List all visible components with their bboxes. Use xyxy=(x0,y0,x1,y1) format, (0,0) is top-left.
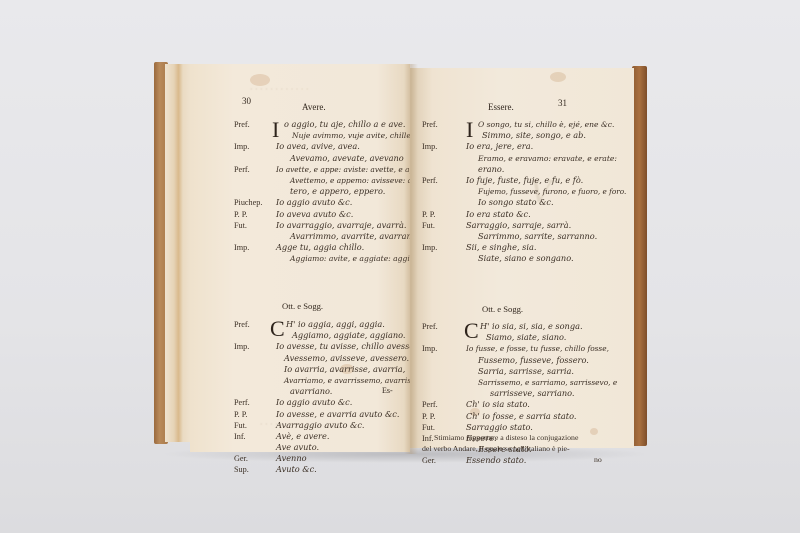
subjunctive-conjugation-block: Pref.CH' io aggia, aggi, aggia. Aggiamo,… xyxy=(234,319,404,476)
conjugation-line: Avevamo, avevate, avevano xyxy=(290,153,404,164)
conjugation-line: Avarraggio avuto &c. xyxy=(276,420,365,431)
conjugation-line: Io avarria, avarrisse, avarria, xyxy=(284,364,405,375)
conjugation-line: Sarrissemo, e sarriamo, sarrissevo, e xyxy=(478,377,617,388)
conjugation-line: Sarrimmo, sarrite, sarranno. xyxy=(478,231,597,242)
paragraph-line: del verbo Andare, il quale se nell'Itali… xyxy=(422,443,570,454)
running-head: Essere. xyxy=(488,102,514,112)
conjugation-line: Eramo, e eravamo: eravate, e erate: xyxy=(478,153,617,164)
tense-label: Pref. xyxy=(234,319,250,330)
conjugation-line: Io fuje, fuste, fuje, e fu, e fò. xyxy=(466,175,583,186)
tense-label: P. P. xyxy=(422,411,435,422)
right-cover-edge xyxy=(632,66,647,446)
tense-label: P. P. xyxy=(234,409,247,420)
conjugation-line: Ch' io fosse, e sarria stato. xyxy=(466,411,576,422)
running-head: Avere. xyxy=(302,102,326,112)
section-title: Ott. e Sogg. xyxy=(482,304,523,314)
conjugation-line: H' io aggia, aggi, aggia. xyxy=(286,319,385,330)
page-number: 30 xyxy=(242,96,251,106)
foxing-stain xyxy=(550,72,566,82)
conjugation-line: Avè, e avere. xyxy=(276,431,329,442)
conjugation-line: Sii, e singhe, sia. xyxy=(466,242,536,253)
conjugation-line: Ave avuto. xyxy=(276,442,319,453)
conjugation-line: Io avea, avive, avea. xyxy=(276,141,360,152)
conjugation-line: Io avesse, tu avisse, chillo avesse. xyxy=(276,341,417,352)
conjugation-line: Io era, jere, era. xyxy=(466,141,533,152)
conjugation-line: Sarraggio, sarraje, sarrà. xyxy=(466,220,571,231)
conjugation-line: O songo, tu si, chillo è, ejé, ene &c. xyxy=(478,119,614,130)
conjugation-line: Avessemo, avisseve, avessero. xyxy=(284,353,409,364)
tense-label: Fut. xyxy=(234,220,247,231)
indicative-conjugation-block: Pref.Io aggio, tu aje, chillo a e ave. N… xyxy=(234,119,404,264)
tense-label: Imp. xyxy=(422,343,437,354)
conjugation-line: Fussemo, fusseve, fossero. xyxy=(478,355,589,366)
left-page: · · · · · · · · · · · · · · · · · · · · … xyxy=(190,64,410,452)
tense-label: Imp. xyxy=(234,242,249,253)
tense-label: Pref. xyxy=(234,119,250,130)
conjugation-line: sarrisseve, sarriano. xyxy=(490,388,575,399)
book-gutter xyxy=(404,64,418,454)
conjugation-line: Io avarraggio, avarraje, avarrà. xyxy=(276,220,406,231)
conjugation-line: Io aveva avuto &c. xyxy=(276,209,353,220)
conjugation-line: avarriano. xyxy=(290,386,332,397)
conjugation-line: erano. xyxy=(478,164,504,175)
tense-label: Inf. xyxy=(234,431,246,442)
catchword: no xyxy=(594,454,602,465)
tense-label: Imp. xyxy=(422,242,437,253)
tense-label: Sup. xyxy=(234,464,249,475)
conjugation-line: Io era stato &c. xyxy=(466,209,531,220)
conjugation-line: Avuto &c. xyxy=(276,464,317,475)
conjugation-line: Io songo stato &c. xyxy=(478,197,554,208)
paragraph-line: Stimiamo rapportare a disteso la conjuga… xyxy=(434,432,578,443)
right-page: V Essere. 31 Pref.IO songo, tu si, chill… xyxy=(410,68,634,448)
conjugation-line: o aggio, tu aje, chillo a e ave. xyxy=(284,119,405,130)
conjugation-line: Ch' io sia stato. xyxy=(466,399,530,410)
closing-paragraph: Stimiamo rapportare a disteso la conjuga… xyxy=(422,470,622,504)
tense-label: Fut. xyxy=(234,420,247,431)
conjugation-line: Io avesse, e avarria avuto &c. xyxy=(276,409,399,420)
conjugation-line: Simmo, site, songo, e ab. xyxy=(482,130,586,141)
tense-label: Perf. xyxy=(234,164,250,175)
conjugation-line: Sarria, sarrisse, sarria. xyxy=(478,366,574,377)
tense-label: Pref. xyxy=(422,321,438,332)
conjugation-line: Siate, siano e songano. xyxy=(478,253,574,264)
tense-label: Imp. xyxy=(234,141,249,152)
tense-label: Perf. xyxy=(234,397,250,408)
tense-label: Pref. xyxy=(422,119,438,130)
conjugation-line: Siamo, siate, siano. xyxy=(486,332,566,343)
conjugation-line: Agge tu, aggia chillo. xyxy=(276,242,364,253)
bleed-through-text: · · · · · · · · · · · · xyxy=(250,84,309,95)
catchword: Es- xyxy=(382,386,393,395)
tense-label: Fut. xyxy=(422,220,435,231)
tense-label: P. P. xyxy=(234,209,247,220)
conjugation-line: Aggiamo, aggiate, aggiano. xyxy=(292,330,406,341)
conjugation-line: Io aggio avuto &c. xyxy=(276,197,352,208)
tense-label: Ger. xyxy=(234,453,248,464)
conjugation-line: Io aggio avuto &c. xyxy=(276,397,352,408)
conjugation-line: Io fusse, e fosse, tu fusse, chillo foss… xyxy=(466,343,609,354)
indicative-conjugation-block: Pref.IO songo, tu si, chillo è, ejé, ene… xyxy=(422,119,600,264)
tense-label: Imp. xyxy=(234,341,249,352)
tense-label: P. P. xyxy=(422,209,435,220)
tense-label: Piuchep. xyxy=(234,197,262,208)
conjugation-line: tero, e appero, eppero. xyxy=(290,186,385,197)
tense-label: Perf. xyxy=(422,175,438,186)
section-title: Ott. e Sogg. xyxy=(282,301,323,311)
conjugation-line: H' io sia, si, sia, e songa. xyxy=(480,321,583,332)
conjugation-line: Fujemo, fusseve, furono, e fuoro, e foro… xyxy=(478,186,626,197)
tense-label: Perf. xyxy=(422,399,438,410)
tense-label: Imp. xyxy=(422,141,437,152)
conjugation-line: Avenno xyxy=(276,453,307,464)
page-number: 31 xyxy=(558,98,567,108)
